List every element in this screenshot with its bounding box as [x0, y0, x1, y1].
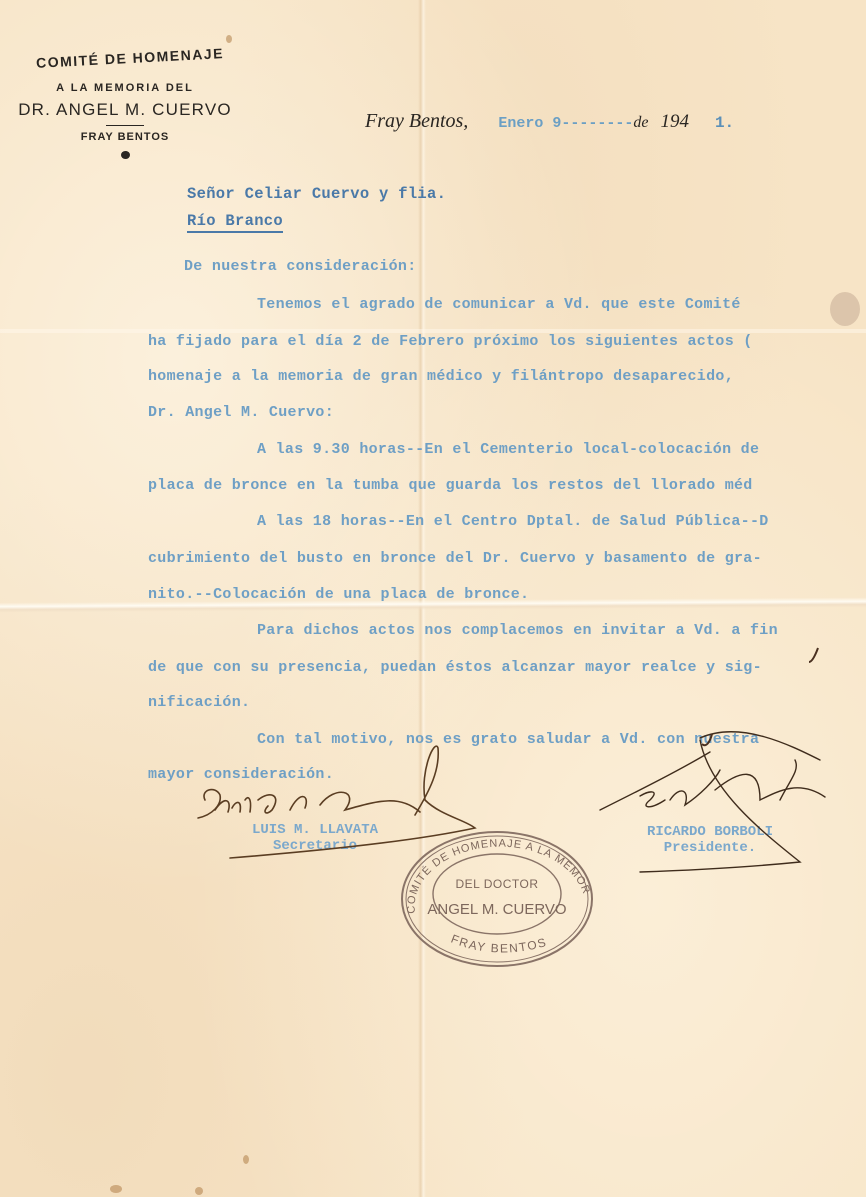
svg-text:ANGEL M. CUERVO: ANGEL M. CUERVO [427, 901, 566, 918]
president-signature-icon [600, 732, 825, 872]
svg-text:DEL DOCTOR: DEL DOCTOR [455, 877, 538, 891]
handwritten-signatures [0, 0, 866, 1197]
committee-stamp: COMITÉ DE HOMENAJE A LA MEMORIA DEL DOCT… [398, 828, 596, 970]
stamp-seal-icon: COMITÉ DE HOMENAJE A LA MEMORIA DEL DOCT… [398, 828, 596, 970]
svg-text:FRAY BENTOS: FRAY BENTOS [449, 932, 549, 956]
